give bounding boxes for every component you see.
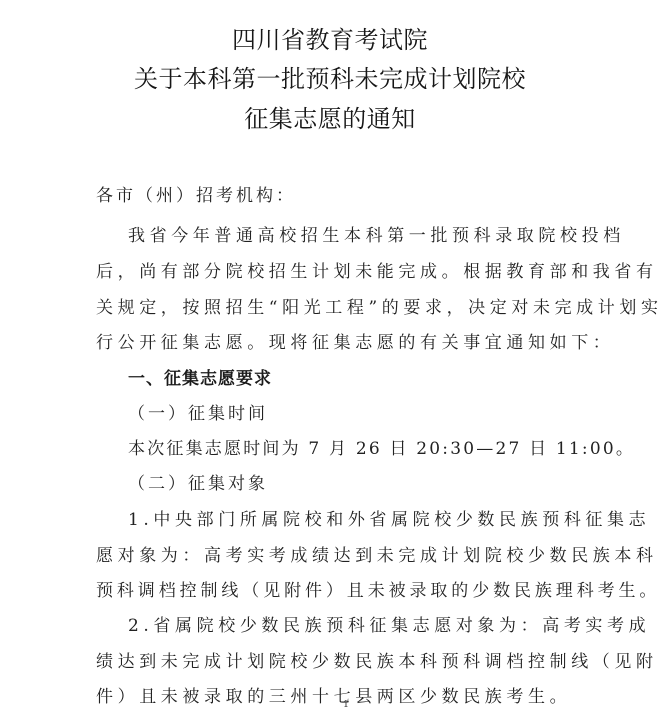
- subsection-2-heading: （二）征集对象: [128, 469, 268, 494]
- intro-line-2: 后，尚有部分院校招生计划未能完成。根据教育部和我省有: [96, 257, 658, 282]
- collection-time-text: 本次征集志愿时间为 7 月 26 日 20:30—27 日 11:00。: [128, 434, 635, 459]
- title-line-3: 征集志愿的通知: [0, 99, 660, 134]
- intro-line-4: 行公开征集志愿。现将征集志愿的有关事宜通知如下：: [96, 328, 614, 353]
- item-2-line-2: 绩达到未完成计划院校少数民族本科预科调档控制线（见附: [96, 647, 658, 672]
- title-line-2: 关于本科第一批预科未完成计划院校: [0, 59, 660, 94]
- item-1-line-2: 愿对象为：高考实考成绩达到未完成计划院校少数民族本科: [96, 541, 658, 566]
- title-line-1: 四川省教育考试院: [0, 20, 660, 55]
- item-1-line-1: 1.中央部门所属院校和外省属院校少数民族预科征集志: [128, 505, 650, 530]
- item-1-line-3: 预科调档控制线（见附件）且未被录取的少数民族理科考生。: [96, 576, 660, 601]
- salutation: 各市（州）招考机构：: [96, 181, 296, 206]
- subsection-1-heading: （一）征集时间: [128, 399, 268, 424]
- item-2-line-1: 2.省属院校少数民族预科征集志愿对象为：高考实考成: [128, 611, 650, 636]
- section-1-heading: 一、征集志愿要求: [128, 364, 272, 389]
- page-number: 1: [0, 700, 660, 710]
- intro-line-3: 关规定，按照招生“阳光工程”的要求，决定对未完成计划实: [96, 293, 660, 318]
- intro-line-1: 我省今年普通高校招生本科第一批预科录取院校投档: [128, 221, 625, 246]
